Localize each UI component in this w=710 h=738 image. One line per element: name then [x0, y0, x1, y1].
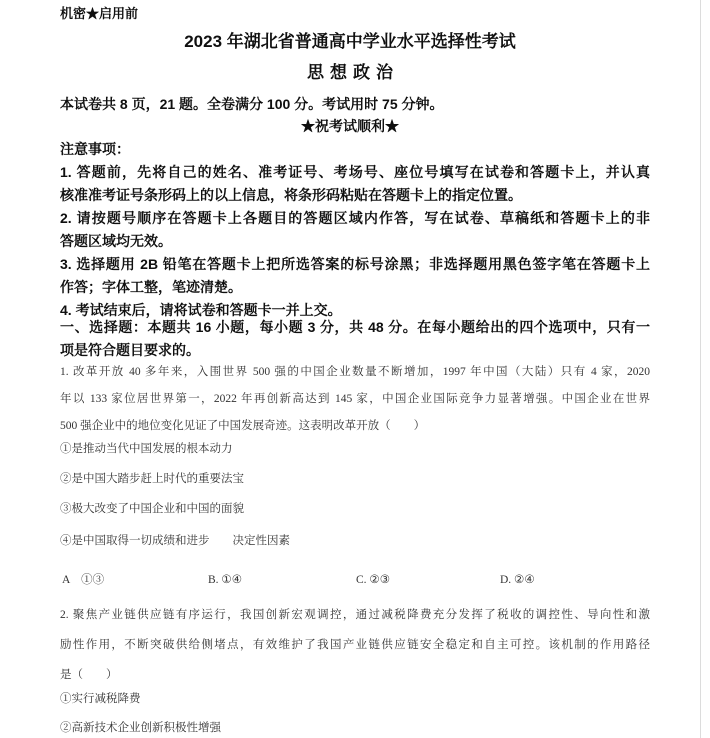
security-marking: 机密★启用前 — [60, 5, 138, 23]
question-2-stem: 2. 聚焦产业链供应链有序运行，我国创新宏观调控，通过减税降费充分发挥了税收的调… — [60, 600, 650, 690]
question-1-statement-2: ②是中国大踏步赶上时代的重要法宝 — [60, 464, 650, 494]
section-one-heading: 一、选择题：本题共 16 小题，每小题 3 分，共 48 分。在每小题给出的四个… — [60, 316, 650, 362]
notice-item-1-line-2: 核准准考证号条形码上的以上信息，将条形码粘贴在答题卡上的指定位置。 — [60, 184, 650, 207]
question-1-statement-1: ①是推动当代中国发展的根本动力 — [60, 434, 650, 464]
exam-title: 2023 年湖北省普通高中学业水平选择性考试 — [0, 30, 700, 54]
question-1-stem-line-1: 1. 改革开放 40 多年来，入围世界 500 强的中国企业数量不断增加，199… — [60, 359, 650, 386]
question-1-choice-d: D. ②④ — [500, 570, 535, 590]
subject-title: 思想政治 — [0, 61, 700, 85]
notices-heading: 注意事项： — [60, 138, 650, 161]
exam-wish: ★祝考试顺利★ — [0, 116, 700, 136]
section-one-heading-line-1: 一、选择题：本题共 16 小题，每小题 3 分，共 48 分。在每小题给出的四个… — [60, 316, 650, 339]
question-2-statement-1: ①实行减税降费 — [60, 685, 650, 714]
page-edge-line — [700, 0, 701, 738]
notices-block: 注意事项： 1. 答题前，先将自己的姓名、准考证号、考场号、座位号填写在试卷和答… — [60, 138, 650, 322]
question-1-stem: 1. 改革开放 40 多年来，入围世界 500 强的中国企业数量不断增加，199… — [60, 359, 650, 440]
notice-item-3-line-2: 作答；字体工整，笔迹清楚。 — [60, 276, 650, 299]
question-1-statement-3: ③极大改变了中国企业和中国的面貌 — [60, 494, 650, 524]
question-1-choice-b: B. ①④ — [208, 570, 242, 590]
notice-item-3-line-1: 3. 选择题用 2B 铅笔在答题卡上把所选答案的标号涂黑；非选择题用黑色签字笔在… — [60, 253, 650, 276]
question-1-stem-line-2: 年以 133 家位居世界第一，2022 年再创新高达到 145 家，中国企业国际… — [60, 386, 650, 413]
exam-paper-page: 机密★启用前 2023 年湖北省普通高中学业水平选择性考试 思想政治 本试卷共 … — [0, 0, 710, 738]
notice-item-1-line-1: 1. 答题前，先将自己的姓名、准考证号、考场号、座位号填写在试卷和答题卡上，并认… — [60, 161, 650, 184]
question-1-choice-c: C. ②③ — [356, 570, 390, 590]
notice-item-2-line-1: 2. 请按题号顺序在答题卡上各题目的答题区域内作答，写在试卷、草稿纸和答题卡上的… — [60, 207, 650, 230]
question-1-choice-a: A ①③ — [62, 570, 104, 590]
question-2-statement-2: ②高新技术企业创新积极性增强 — [60, 714, 650, 738]
notice-item-2-line-2: 答题区域均无效。 — [60, 230, 650, 253]
question-2-stem-line-2: 励性作用，不断突破供给侧堵点，有效维护了我国产业链供应链安全稳定和自主可控。该机… — [60, 630, 650, 660]
question-2-statements: ①实行减税降费 ②高新技术企业创新积极性增强 — [60, 685, 650, 738]
question-1-statement-4: ④是中国取得一切成绩和进步 决定性因素 — [60, 526, 650, 556]
paper-info: 本试卷共 8 页，21 题。全卷满分 100 分。考试用时 75 分钟。 — [60, 94, 444, 114]
question-2-stem-line-1: 2. 聚焦产业链供应链有序运行，我国创新宏观调控，通过减税降费充分发挥了税收的调… — [60, 600, 650, 630]
question-1-statements: ①是推动当代中国发展的根本动力 ②是中国大踏步赶上时代的重要法宝 ③极大改变了中… — [60, 434, 650, 556]
question-1-choices: A ①③ B. ①④ C. ②③ D. ②④ — [60, 570, 650, 590]
